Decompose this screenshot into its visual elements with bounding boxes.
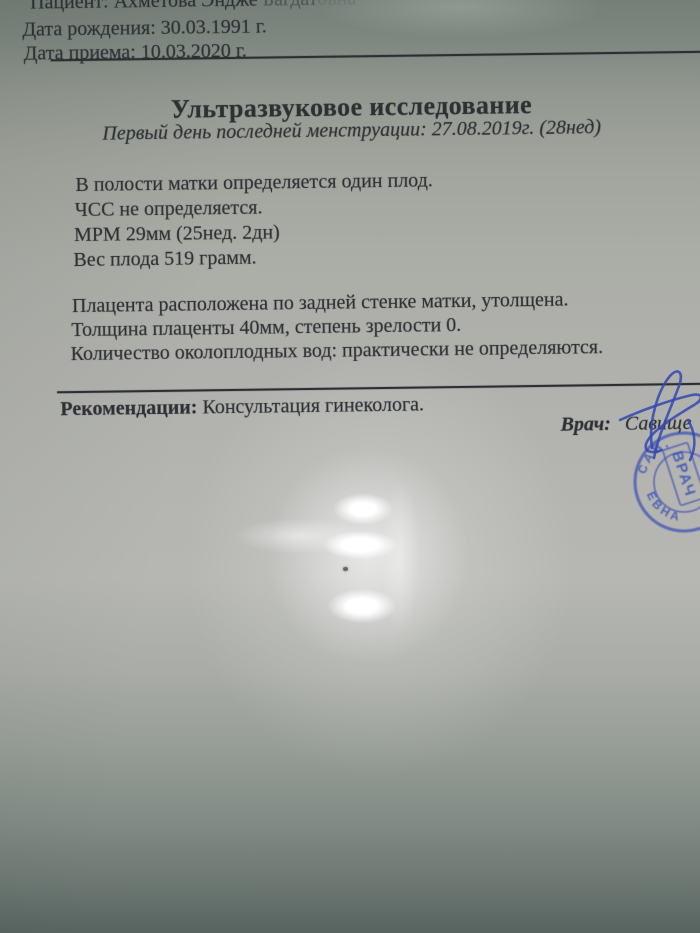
photographed-ultrasound-report: Пациент: Ахметова Эндже Багдатовна Дата … — [0, 0, 700, 933]
birth-date-line: Дата рождения: 30.03.1991 г. — [22, 15, 267, 42]
finding-line: МРМ 29мм (25нед. 2дн) — [74, 220, 280, 247]
doctor-signature — [600, 360, 700, 480]
finding-line: ЧСС не определяется. — [75, 196, 263, 222]
patient-name-faded-tail: овна — [317, 0, 356, 10]
recommendations-label: Рекомендации: — [60, 396, 197, 420]
finding-line: В полости матки определяется один плод. — [75, 168, 433, 197]
visit-date-line: Дата приема: 10.03.2020 г. — [24, 39, 247, 66]
recommendations-text: Консультация гинеколога. — [197, 393, 424, 418]
signature-stroke — [620, 395, 700, 452]
signature-stroke — [688, 420, 694, 460]
patient-text: Пациент: Ахметова Эндже — [30, 0, 263, 14]
patient-name-faded: Багдат — [263, 0, 318, 11]
recommendations-line: Рекомендации: Консультация гинеколога. — [60, 392, 424, 421]
placenta-line: Плацента расположена по задней стенке ма… — [72, 288, 569, 318]
finding-line: Вес плода 519 грамм. — [73, 246, 256, 272]
patient-line: Пациент: Ахметова Эндже Багдатовна — [30, 0, 357, 15]
